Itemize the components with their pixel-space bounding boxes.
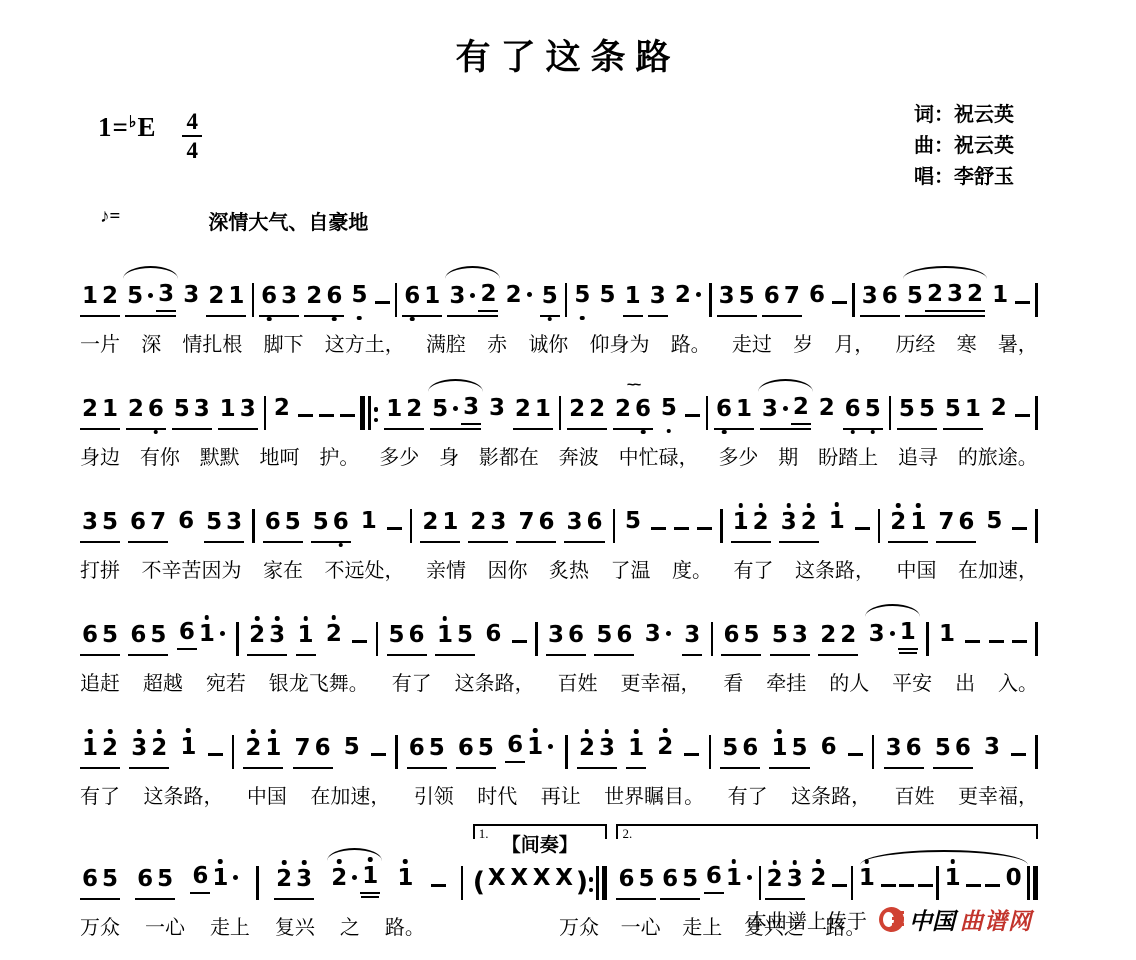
- note: 3: [546, 622, 566, 651]
- lyric-group: 一心: [621, 911, 661, 940]
- note-token: 13: [218, 396, 258, 430]
- note-token: 3: [648, 283, 668, 317]
- octave-dot-high: [772, 860, 777, 865]
- note-token: 56: [933, 735, 973, 769]
- note: 5: [943, 396, 963, 425]
- note-token: 56: [594, 622, 634, 656]
- augmentation-dot: [233, 875, 238, 880]
- note: 6: [819, 734, 839, 763]
- note: 5: [680, 866, 700, 895]
- note: 3: [643, 621, 663, 650]
- note-token: 21: [329, 863, 380, 900]
- barline: [565, 735, 568, 769]
- duration-dash: [918, 884, 933, 888]
- lyric-group: 诚你: [528, 328, 568, 357]
- note-token: 76: [516, 509, 556, 543]
- duration-dash: [371, 753, 386, 757]
- lyric-group: 满腔: [426, 328, 466, 357]
- meta-row: 1=♭E 4 4 词：祝云英 曲：祝云英 唱：李舒玉: [80, 106, 1056, 206]
- lyric-group: 身: [439, 441, 459, 470]
- lyric-group: 不辛苦因为: [142, 554, 242, 583]
- octave-dot-high: [950, 859, 955, 864]
- barline: [376, 622, 379, 656]
- note-token: 23: [468, 509, 508, 543]
- note: 5: [770, 622, 790, 651]
- lyric-group: 百姓: [558, 667, 598, 696]
- note: 2: [673, 282, 693, 311]
- notation-row: 12533216326561322555132356763652321: [80, 259, 1038, 317]
- note: 3: [760, 396, 780, 425]
- lyric-group: 平安: [892, 667, 932, 696]
- lyric-group: 有了: [80, 780, 120, 809]
- note: 6: [331, 509, 351, 538]
- note-token: 3: [982, 734, 1002, 769]
- note-token: 51: [943, 396, 983, 430]
- notation-row: 123212176565656123125615636563: [80, 711, 1038, 769]
- note-token: 12: [731, 509, 771, 543]
- segment-tokens: 656561232110: [616, 842, 1038, 900]
- duration-dash: [1011, 753, 1026, 757]
- note: 1: [525, 734, 545, 763]
- octave-dot-low: [339, 543, 344, 548]
- final-barline: [1027, 866, 1038, 900]
- note-token: 65: [80, 866, 120, 900]
- barline: [596, 866, 599, 900]
- augmentation-dot: [890, 631, 895, 636]
- lyric-group: 这条路，: [455, 667, 535, 696]
- octave-dot-high: [732, 859, 737, 864]
- tie-arc: [860, 850, 1028, 865]
- note: 2: [247, 622, 267, 651]
- note-token: 5232: [905, 281, 985, 317]
- note: 6: [740, 735, 760, 764]
- note-token: 65: [128, 622, 168, 656]
- note: 3: [597, 735, 617, 764]
- note: 6: [714, 396, 734, 425]
- note: 6: [660, 866, 680, 895]
- duration-dash: [512, 640, 527, 644]
- lyric-group: 的旅途。: [958, 441, 1038, 470]
- barline: [889, 396, 892, 430]
- note-token: 65: [135, 866, 175, 900]
- duration-dash: [1015, 414, 1030, 418]
- note-token: 1: [937, 621, 957, 656]
- note: 6: [402, 283, 422, 312]
- duration-dash: [352, 640, 367, 644]
- note-token: 65: [660, 866, 700, 900]
- note-token: 1: [296, 622, 316, 656]
- note: 2: [420, 509, 440, 538]
- note: 5: [917, 396, 937, 425]
- note-token: 2: [673, 282, 704, 317]
- barline: [360, 396, 365, 430]
- octave-dot-high: [368, 857, 373, 862]
- note-token: 3: [181, 282, 201, 317]
- octave-dot-high: [834, 502, 839, 507]
- note: 3: [129, 735, 149, 764]
- note-token: 61: [714, 396, 754, 430]
- lyrics-row: 打拼不辛苦因为家在不远处，亲情因你炙热了温度。有了这条路，中国在加速，: [80, 554, 1038, 583]
- lyric-group: 在加速，: [958, 554, 1038, 583]
- barline: [1027, 866, 1030, 900]
- note: 5: [598, 282, 618, 311]
- lyric-group: 更幸福，: [620, 667, 700, 696]
- lyric-group: 银龙飞舞。: [269, 667, 369, 696]
- note-token: 36: [564, 509, 604, 543]
- segment: 2.656561232110: [616, 824, 1038, 900]
- duration-dash: [651, 527, 666, 531]
- note: 6: [80, 866, 100, 895]
- augmentation-dot: [548, 744, 553, 749]
- lyrics-row: 追赶超越宛若银龙飞舞。有了这条路，百姓更幸福，看牵挂的人平安出入。: [80, 667, 1038, 696]
- lyric-group: 超越: [143, 667, 183, 696]
- barline: [936, 866, 939, 900]
- note-token: 1: [626, 735, 646, 769]
- lyric-group: 万众: [80, 911, 120, 940]
- lyric-group: 走过: [732, 328, 772, 357]
- note-token: 65: [843, 396, 883, 430]
- octave-dot-low: [547, 317, 552, 322]
- note-token: 55: [897, 396, 937, 430]
- lyric-group: 一片: [80, 328, 120, 357]
- note-token: 6: [483, 621, 503, 656]
- barline: [461, 866, 464, 900]
- octave-dot-high: [186, 728, 191, 733]
- second-beam: [361, 896, 379, 899]
- note: 2: [504, 282, 524, 311]
- note: 1: [623, 283, 643, 312]
- note-token: 21: [513, 396, 553, 430]
- duration-dash: [881, 884, 896, 888]
- note-token: 21: [206, 283, 246, 317]
- note-token: 5: [572, 282, 592, 317]
- octave-dot-high: [663, 728, 668, 733]
- lyric-group: 时代: [477, 780, 517, 809]
- note: 5: [100, 866, 120, 895]
- note: 1: [943, 865, 963, 894]
- octave-dot-high: [332, 615, 337, 620]
- note-token: 26: [304, 283, 344, 317]
- lyric-group: 引领: [414, 780, 454, 809]
- note: 2: [478, 281, 498, 312]
- barline: [852, 283, 855, 317]
- segment: 1.【间奏】(XXXX): [473, 824, 607, 900]
- note-token: 21: [420, 509, 460, 543]
- note: 1: [769, 735, 789, 764]
- note-token: 1: [395, 865, 415, 900]
- duration-dash: [966, 884, 981, 888]
- footer: 本曲谱上传于 中国 曲谱网: [747, 903, 1032, 936]
- note: 7: [936, 509, 956, 538]
- note: 1: [898, 619, 918, 650]
- octave-dot-high: [786, 503, 791, 508]
- lyric-group: 有了: [734, 554, 774, 583]
- note: 3: [294, 866, 314, 895]
- lyrics-row: 有了这条路，中国在加速，引领时代再让世界瞩目。有了这条路，百姓更幸福，: [80, 780, 1038, 809]
- note: 5: [572, 282, 592, 311]
- note-token: X: [486, 865, 508, 900]
- note: 1: [395, 865, 415, 894]
- note: 1: [296, 622, 316, 651]
- lyric-group: 牵挂: [766, 667, 806, 696]
- note: 5: [125, 283, 145, 312]
- note: 2: [404, 396, 424, 425]
- note: 5: [789, 735, 809, 764]
- note: 5: [349, 282, 369, 311]
- note: 5: [540, 283, 560, 312]
- note-token: 3: [682, 622, 702, 656]
- octave-dot-high: [585, 729, 590, 734]
- octave-dot-high: [205, 615, 210, 620]
- note-token: 36: [546, 622, 586, 656]
- octave-dot-high: [738, 503, 743, 508]
- note: 5: [594, 622, 614, 651]
- note: 5: [984, 508, 1004, 537]
- note: X: [531, 865, 553, 894]
- octave-dot-high: [758, 503, 763, 508]
- note: 1: [963, 396, 983, 425]
- note: 3: [867, 621, 887, 650]
- note-token: 23: [577, 735, 617, 769]
- barline: [535, 622, 538, 656]
- lyric-group: 炙热: [549, 554, 589, 583]
- note: 5: [455, 622, 475, 651]
- note: 3: [488, 509, 508, 538]
- octave-dot-high: [533, 728, 538, 733]
- note: 6: [536, 509, 556, 538]
- slur-arc: [903, 266, 987, 279]
- note-token: 32: [760, 394, 811, 430]
- augmentation-dot: [352, 875, 357, 880]
- lyric-group: 再让: [541, 780, 581, 809]
- octave-dot-high: [806, 503, 811, 508]
- note: 2: [206, 283, 226, 312]
- note: 1: [384, 396, 404, 425]
- octave-dot-high: [137, 729, 142, 734]
- note: 5: [430, 396, 450, 425]
- barline: [264, 396, 267, 430]
- note: 1: [731, 509, 751, 538]
- slur-arc: [123, 266, 178, 279]
- note: 3: [648, 283, 668, 312]
- note: 2: [126, 396, 146, 425]
- note-token: 23: [274, 866, 314, 900]
- duration-dash: [1015, 301, 1030, 305]
- duration-dash: [989, 640, 1004, 644]
- note: 2: [587, 396, 607, 425]
- logo-text-site: 曲谱网: [960, 903, 1032, 936]
- note-token: 1: [827, 508, 847, 543]
- note: 6: [263, 509, 283, 538]
- duration-dash: [684, 753, 699, 757]
- augmentation-dot: [470, 293, 475, 298]
- note: 3: [790, 622, 810, 651]
- score-line-2: 212653132125332122~~265613226555512身边有你默…: [80, 372, 1038, 470]
- barline: [602, 866, 607, 900]
- note-token: ~~26: [613, 396, 653, 430]
- note: 6: [956, 509, 976, 538]
- logo-text-cn: 中国: [909, 903, 955, 936]
- note: 3: [461, 394, 481, 425]
- note-token: 1: [990, 282, 1010, 317]
- volta-label: 1.: [479, 827, 489, 840]
- note-token: 61: [505, 732, 556, 769]
- note-token: 2: [324, 621, 344, 656]
- octave-dot-high: [865, 859, 870, 864]
- note: 7: [293, 735, 313, 764]
- lyric-group: 世界瞩目。: [604, 780, 704, 809]
- octave-dot-high: [302, 860, 307, 865]
- note-token: 22: [818, 622, 858, 656]
- lyric-group: 影都在: [479, 441, 539, 470]
- note: X: [486, 865, 508, 894]
- lyric-group: 打拼: [80, 554, 120, 583]
- lyric-group: 脚下: [264, 328, 304, 357]
- note: 6: [585, 509, 605, 538]
- note-token: 63: [259, 283, 299, 317]
- note-token: 1: [359, 508, 379, 543]
- note-token: 5: [623, 508, 643, 543]
- octave-dot-low: [641, 430, 646, 435]
- note: 2: [817, 395, 837, 424]
- lyric-group: 追赶: [80, 667, 120, 696]
- note-token: 1: [943, 865, 963, 900]
- lyric-group: 复兴: [275, 911, 315, 940]
- octave-dot-high: [896, 503, 901, 508]
- note: 5: [342, 734, 362, 763]
- slur-arc: [445, 266, 500, 279]
- barline: [613, 509, 616, 543]
- octave-dot-low: [870, 430, 875, 435]
- segment-tokens: 65656123211: [80, 842, 463, 900]
- note: 6: [843, 396, 863, 425]
- augmentation-dot: [220, 631, 225, 636]
- score-el: [589, 877, 594, 882]
- note-token: 6: [807, 282, 827, 317]
- note-token: 1: [178, 734, 198, 769]
- note: 1: [100, 396, 120, 425]
- duration-dash: [431, 884, 446, 888]
- barline: [565, 283, 568, 317]
- note-token: 32: [447, 281, 498, 317]
- note: 1: [197, 621, 217, 650]
- note-token: 31: [867, 619, 918, 656]
- octave-dot-high: [634, 729, 639, 734]
- lyrics-row: 身边有你默默地呵护。多少身影都在奔波中忙碌，多少期盼踏上追寻的旅途。: [80, 441, 1038, 470]
- barline: [559, 396, 562, 430]
- octave-dot-high: [777, 729, 782, 734]
- segment: 65656123211: [80, 842, 463, 900]
- score-el: [374, 407, 379, 412]
- note-token: 53: [172, 396, 212, 430]
- note: 5: [720, 735, 740, 764]
- note: 7: [148, 509, 168, 538]
- note: 1: [263, 735, 283, 764]
- song-title: 有了这条路: [0, 30, 1136, 80]
- note: 2: [613, 396, 633, 425]
- note: 5: [863, 396, 883, 425]
- note: 6: [953, 735, 973, 764]
- lyric-group: 身边: [80, 441, 120, 470]
- note: 1: [827, 508, 847, 537]
- repeat-dots: [589, 877, 594, 892]
- lyric-group: 多少: [718, 441, 758, 470]
- lyric-group: 赤: [487, 328, 507, 357]
- octave-dot-high: [337, 859, 342, 864]
- note-token: 76: [936, 509, 976, 543]
- note-token: 53: [204, 509, 244, 543]
- end-repeat: [589, 866, 607, 900]
- note: 1: [734, 396, 754, 425]
- lyric-group: 了温: [611, 554, 651, 583]
- lyric-group: 宛若: [206, 667, 246, 696]
- meter-denominator: 4: [186, 137, 198, 162]
- note: 3: [181, 282, 201, 311]
- barline: [709, 735, 712, 769]
- octave-dot-low: [410, 317, 415, 322]
- note: 1: [226, 283, 246, 312]
- barline: [1035, 622, 1038, 656]
- lyric-group: 中忙碌，: [619, 441, 699, 470]
- note: 2: [925, 281, 945, 312]
- octave-dot-high: [282, 860, 287, 865]
- key-text: 1=♭E: [98, 112, 156, 143]
- note: 3: [156, 281, 176, 312]
- note-token: 35: [717, 283, 757, 317]
- note-token: 56: [720, 735, 760, 769]
- note: 3: [447, 283, 467, 312]
- note: 3: [192, 396, 212, 425]
- lyrics-row: 一片深情扎根脚下这方土，满腔赤诚你仰身为路。走过岁月，历经寒暑，: [80, 328, 1038, 357]
- note-token: 3: [487, 395, 507, 430]
- note: 2: [468, 509, 488, 538]
- note: 2: [791, 394, 811, 425]
- note: 2: [100, 735, 120, 764]
- notation-row: 3567653655612123763651232121765: [80, 485, 1038, 543]
- score-line-1: 12533216326561322555132356763652321一片深情扎…: [80, 259, 1038, 357]
- note-token: 2: [808, 865, 828, 900]
- octave-dot-high: [916, 503, 921, 508]
- note: 1: [937, 621, 957, 650]
- repeat-dots: [374, 407, 379, 422]
- duration-dash: [985, 884, 1000, 888]
- note: 2: [567, 396, 587, 425]
- upload-text: 本曲谱上传于: [747, 905, 867, 934]
- lyric-group: 有你: [140, 441, 180, 470]
- barline: [759, 866, 762, 900]
- note: 6: [721, 622, 741, 651]
- credit-composer: 曲：祝云英: [914, 131, 1014, 162]
- note-token: 53: [770, 622, 810, 656]
- tempo-note-icon: ♪=: [100, 206, 120, 235]
- note-token: 35: [80, 509, 120, 543]
- octave-dot-low: [850, 430, 855, 435]
- augmentation-dot: [666, 631, 671, 636]
- note: 6: [80, 622, 100, 651]
- note: 2: [577, 735, 597, 764]
- note: 2: [149, 735, 169, 764]
- note: 2: [765, 866, 785, 895]
- note-token: 32: [129, 735, 169, 769]
- note: 5: [636, 866, 656, 895]
- note: 3: [884, 735, 904, 764]
- score: 12533216326561322555132356763652321一片深情扎…: [80, 259, 1038, 940]
- note-token: 2: [989, 395, 1009, 430]
- note: 5: [737, 283, 757, 312]
- barline: [252, 509, 255, 543]
- lyric-group: 度。: [672, 554, 712, 583]
- octave-dot-high: [303, 616, 308, 621]
